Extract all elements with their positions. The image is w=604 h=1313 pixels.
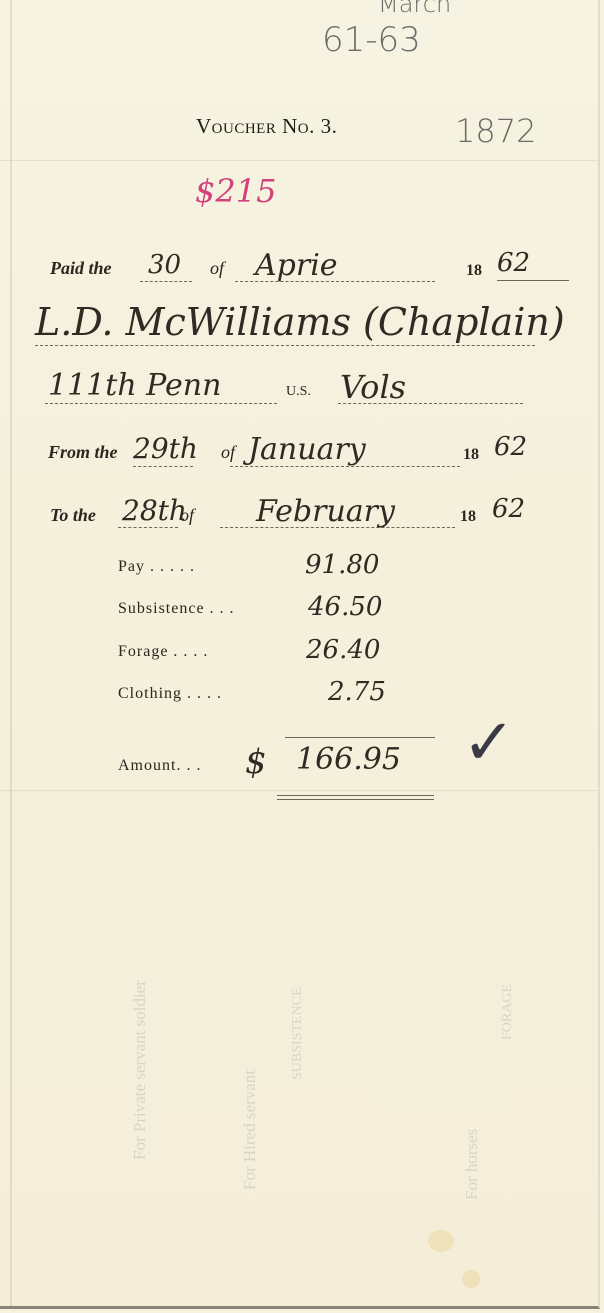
to-of-label: of [180, 505, 194, 526]
item-forage-value: 26.40 [306, 635, 380, 665]
paid-label: Paid the [50, 258, 112, 279]
amount-label: Amount. . . [118, 757, 201, 775]
fold-line [0, 790, 598, 791]
item-subsistence-value: 46.50 [308, 592, 382, 622]
checkmark-icon: ✓ [462, 706, 516, 780]
item-clothing-value: 2.75 [328, 677, 386, 707]
stain [462, 1270, 480, 1288]
voucher-paper: For Private servant soldier For Hired se… [0, 0, 600, 1309]
pencil-note-month: March [378, 0, 451, 18]
item-pay-label: Pay . . . . . [118, 558, 195, 576]
paid-month: Aprie [255, 248, 338, 283]
ghost-text: For horses [462, 1050, 482, 1200]
to-year-suffix: 62 [492, 494, 525, 524]
amount-currency: $ [245, 742, 267, 782]
item-pay-value: 91.80 [305, 550, 379, 580]
ghost-text: For Hired servant [240, 870, 260, 1190]
item-subsistence-label: Subsistence . . . [118, 600, 235, 618]
unit-us-label: U.S. [286, 384, 311, 400]
red-amount-note: $215 [195, 172, 276, 210]
to-year-prefix: 18 [460, 508, 476, 526]
ghost-text: SUBSISTENCE [290, 940, 306, 1080]
item-clothing-label: Clothing . . . . [118, 685, 222, 703]
voucher-title: Voucher No. 3. [196, 114, 337, 139]
from-day: 29th [133, 432, 198, 465]
to-day: 28th [122, 494, 187, 527]
ghost-text: FORAGE [500, 960, 516, 1040]
unit-service: Vols [340, 368, 406, 406]
fold-line [0, 160, 598, 161]
paid-of-label: of [210, 258, 224, 279]
ghost-text: For Private servant soldier [130, 830, 150, 1160]
paid-year-suffix: 62 [497, 248, 530, 278]
to-month: February [256, 494, 395, 529]
paper-edge [10, 0, 12, 1306]
amount-value: 166.95 [296, 742, 401, 777]
from-year-suffix: 62 [494, 432, 527, 462]
item-forage-label: Forage . . . . [118, 643, 208, 661]
stain [428, 1230, 454, 1252]
from-of-label: of [221, 442, 235, 463]
from-year-prefix: 18 [463, 446, 479, 464]
pencil-note-range: 61-63 [322, 20, 421, 60]
from-label: From the [48, 442, 118, 463]
paid-year-prefix: 18 [466, 262, 482, 280]
from-month: January [248, 432, 366, 467]
to-label: To the [50, 505, 96, 526]
paid-day: 30 [148, 250, 181, 280]
pencil-note-year: 1872 [455, 112, 536, 150]
unit-regiment: 111th Penn [48, 368, 221, 403]
payee-name: L.D. McWilliams (Chaplain) [35, 300, 565, 344]
